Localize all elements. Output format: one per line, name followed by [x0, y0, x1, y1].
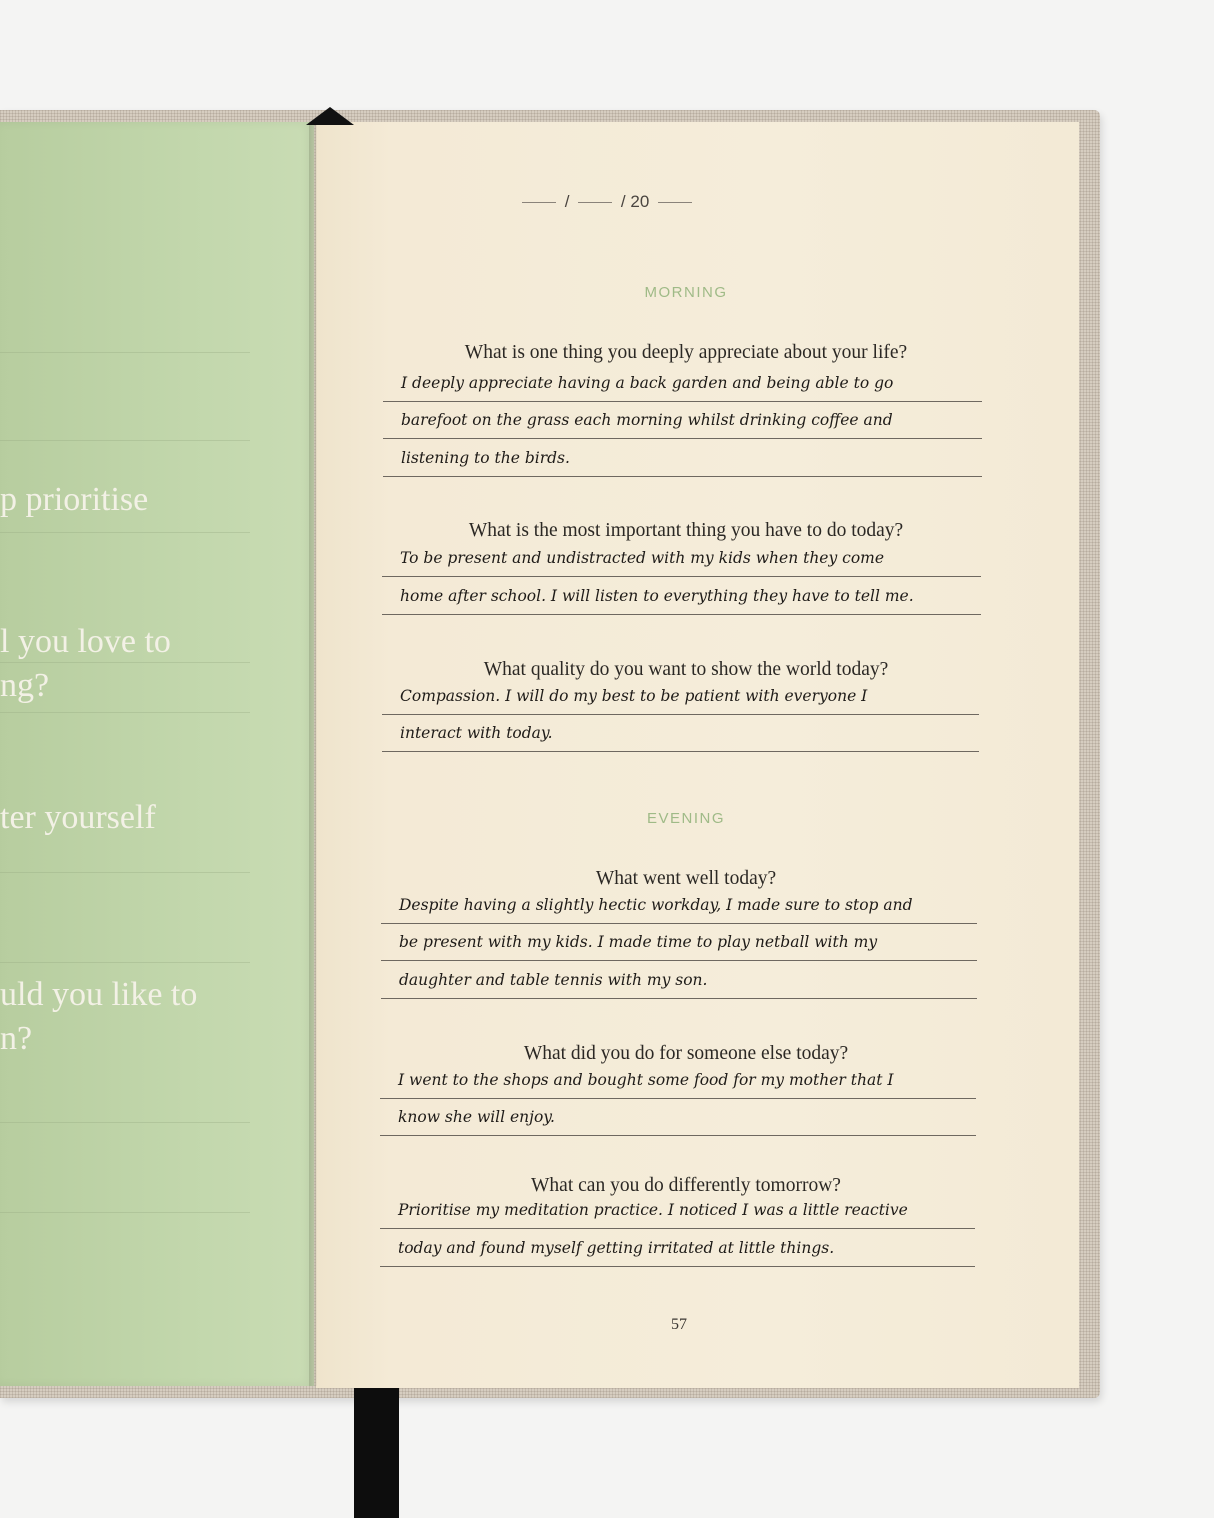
year-prefix: / 20 — [621, 192, 649, 211]
answer-line: I went to the shops and bought some food… — [380, 1065, 976, 1099]
day-blank — [522, 202, 556, 203]
answer-line: barefoot on the grass each morning whils… — [383, 405, 982, 439]
answer-line: I deeply appreciate having a back garden… — [383, 368, 982, 402]
year-blank — [658, 202, 692, 203]
faded-rule — [0, 1122, 250, 1123]
left-page-heading: uld you like to — [0, 973, 197, 1017]
left-page-heading: n? — [0, 1017, 32, 1061]
page-number: 57 — [316, 1316, 1042, 1334]
answer-line: interact with today. — [382, 718, 979, 752]
prompt-question: What can you do differently tomorrow? — [316, 1175, 1056, 1197]
answer-line: be present with my kids. I made time to … — [381, 927, 977, 961]
answer-line: Prioritise my meditation practice. I not… — [380, 1195, 975, 1229]
answer-line: listening to the birds. — [383, 443, 982, 477]
prompt-question: What is the most important thing you hav… — [316, 520, 1056, 542]
answer-line: Compassion. I will do my best to be pati… — [382, 681, 979, 715]
faded-rule — [0, 532, 250, 533]
faded-rule — [0, 872, 250, 873]
answer-line: To be present and undistracted with my k… — [382, 543, 981, 577]
prompt-question: What went well today? — [316, 868, 1056, 890]
faded-rule — [0, 962, 250, 963]
faded-rule — [0, 440, 250, 441]
left-page-heading: p prioritise — [0, 478, 148, 522]
date-separator: / — [565, 192, 570, 211]
ribbon-bookmark-tail — [354, 1388, 399, 1518]
left-page-green — [0, 122, 314, 1386]
left-page-heading: ng? — [0, 664, 49, 708]
answer-line: Despite having a slightly hectic workday… — [381, 890, 977, 924]
faded-rule — [0, 1212, 250, 1213]
answer-line: today and found myself getting irritated… — [380, 1233, 975, 1267]
date-field: / / 20 — [0, 192, 1214, 212]
month-blank — [578, 202, 612, 203]
section-label-morning: MORNING — [316, 284, 1056, 301]
section-label-evening: EVENING — [316, 810, 1056, 827]
answer-line: daughter and table tennis with my son. — [381, 965, 977, 999]
left-page-heading: ter yourself — [0, 796, 156, 840]
answer-line: know she will enjoy. — [380, 1102, 976, 1136]
answer-line: home after school. I will listen to ever… — [382, 581, 981, 615]
faded-rule — [0, 712, 250, 713]
faded-rule — [0, 352, 250, 353]
left-page-heading: l you love to — [0, 620, 171, 664]
prompt-question: What did you do for someone else today? — [316, 1043, 1056, 1065]
prompt-question: What quality do you want to show the wor… — [316, 659, 1056, 681]
prompt-question: What is one thing you deeply appreciate … — [316, 342, 1056, 364]
